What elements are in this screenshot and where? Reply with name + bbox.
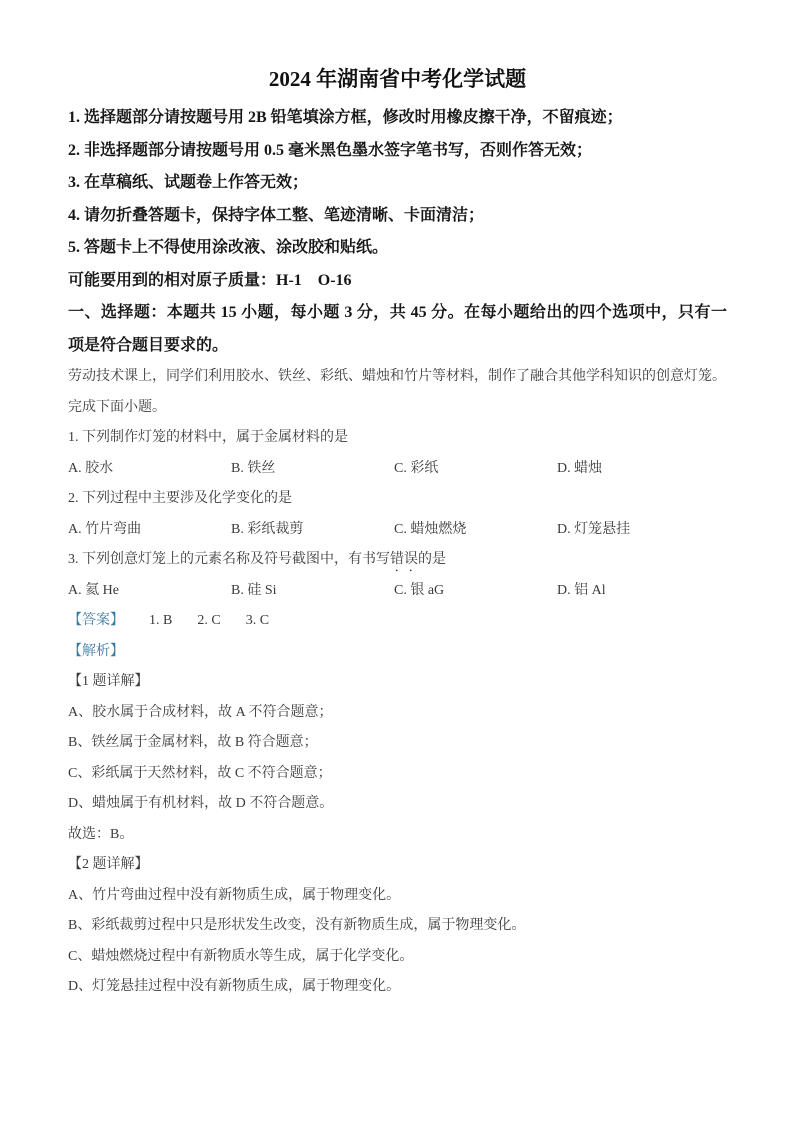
question-2-option-d: D. 灯笼悬挂 — [557, 515, 727, 546]
explanation-2-heading: 【2 题详解】 — [68, 850, 727, 881]
question-1-option-b: B. 铁丝 — [231, 454, 394, 485]
explanation-2-line-a: A、竹片弯曲过程中没有新物质生成，属于物理变化。 — [68, 881, 727, 912]
explanation-2-line-b: B、彩纸裁剪过程中只是形状发生改变，没有新物质生成，属于物理变化。 — [68, 911, 727, 942]
question-3-option-b: B. 硅 Si — [231, 576, 394, 607]
explanation-2-line-c: C、蜡烛燃烧过程中有新物质水等生成，属于化学变化。 — [68, 942, 727, 973]
exam-notice-4: 4. 请勿折叠答题卡，保持字体工整、笔迹清晰、卡面清洁； — [68, 200, 727, 233]
exam-notice-2: 2. 非选择题部分请按题号用 0.5 毫米黑色墨水签字笔书写，否则作答无效； — [68, 135, 727, 168]
question-group-intro-continued: 完成下面小题。 — [68, 393, 727, 424]
answer-line: 【答案】1. B2. C3. C — [68, 606, 727, 637]
question-3-option-c: C. 银 aG — [394, 576, 557, 607]
question-3-stem-before: 3. 下列创意灯笼上的元素名称及符号截图中，有书写 — [68, 552, 390, 567]
explanation-1-line-d: D、蜡烛属于有机材料，故 D 不符合题意。 — [68, 789, 727, 820]
exam-notice-5: 5. 答题卡上不得使用涂改液、涂改胶和贴纸。 — [68, 232, 727, 265]
question-3-option-d: D. 铝 Al — [557, 576, 727, 607]
question-group-intro: 劳动技术课上，同学们利用胶水、铁丝、彩纸、蜡烛和竹片等材料，制作了融合其他学科知… — [68, 362, 727, 393]
analysis-label: 【解析】 — [68, 644, 124, 659]
question-2-option-b: B. 彩纸裁剪 — [231, 515, 394, 546]
question-2-options: A. 竹片弯曲 B. 彩纸裁剪 C. 蜡烛燃烧 D. 灯笼悬挂 — [68, 515, 727, 546]
question-3-stem-emphasized-word: 错误 — [390, 552, 418, 567]
question-2-stem: 2. 下列过程中主要涉及化学变化的是 — [68, 484, 727, 515]
question-3-stem-after: 的是 — [418, 552, 446, 567]
exam-notice-3: 3. 在草稿纸、试题卷上作答无效； — [68, 167, 727, 200]
exam-notice-1: 1. 选择题部分请按题号用 2B 铅笔填涂方框，修改时用橡皮擦干净，不留痕迹； — [68, 102, 727, 135]
analysis-line: 【解析】 — [68, 637, 727, 668]
question-1-options: A. 胶水 B. 铁丝 C. 彩纸 D. 蜡烛 — [68, 454, 727, 485]
explanation-1-line-a: A、胶水属于合成材料，故 A 不符合题意； — [68, 698, 727, 729]
question-1-stem: 1. 下列制作灯笼的材料中，属于金属材料的是 — [68, 423, 727, 454]
explanation-1-conclusion: 故选：B。 — [68, 820, 727, 851]
explanation-1-heading: 【1 题详解】 — [68, 667, 727, 698]
answer-label: 【答案】 — [68, 613, 124, 628]
answer-item-3: 3. C — [246, 613, 269, 628]
section-1-header-line-1: 一、选择题：本题共 15 小题，每小题 3 分，共 45 分。在每小题给出的四个… — [68, 297, 727, 330]
answer-item-1: 1. B — [149, 613, 172, 628]
section-1-header-line-2: 项是符合题目要求的。 — [68, 330, 727, 363]
question-3-stem: 3. 下列创意灯笼上的元素名称及符号截图中，有书写错误的是 — [68, 545, 727, 576]
question-3-option-a: A. 氦 He — [68, 576, 231, 607]
explanation-2-line-d: D、灯笼悬挂过程中没有新物质生成，属于物理变化。 — [68, 972, 727, 1003]
question-1-option-a: A. 胶水 — [68, 454, 231, 485]
explanation-1-line-b: B、铁丝属于金属材料，故 B 符合题意； — [68, 728, 727, 759]
question-1-option-c: C. 彩纸 — [394, 454, 557, 485]
document-page: 2024 年湖南省中考化学试题 1. 选择题部分请按题号用 2B 铅笔填涂方框，… — [0, 0, 793, 1122]
question-1-option-d: D. 蜡烛 — [557, 454, 727, 485]
atomic-mass-note: 可能要用到的相对原子质量：H-1 O-16 — [68, 265, 727, 298]
question-2-option-a: A. 竹片弯曲 — [68, 515, 231, 546]
question-3-options: A. 氦 He B. 硅 Si C. 银 aG D. 铝 Al — [68, 576, 727, 607]
question-2-option-c: C. 蜡烛燃烧 — [394, 515, 557, 546]
answer-item-2: 2. C — [197, 613, 220, 628]
explanation-1-line-c: C、彩纸属于天然材料，故 C 不符合题意； — [68, 759, 727, 790]
exam-title: 2024 年湖南省中考化学试题 — [68, 64, 727, 94]
